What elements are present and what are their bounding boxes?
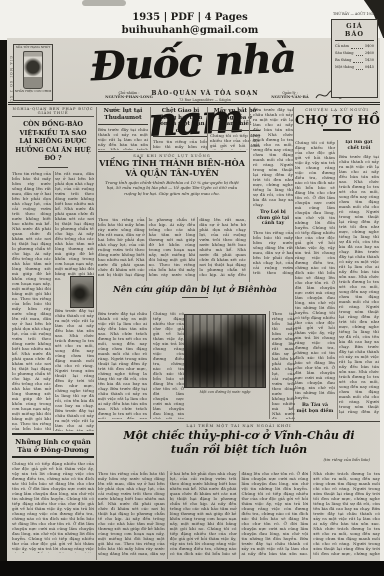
divider — [323, 129, 351, 131]
article-headline: CHỢ TƠ HỒNG — [295, 113, 379, 127]
article-body: Theo tin riêng của bổn báo thì mấy hôm r… — [98, 471, 380, 559]
price-row: Một tháng 0$45 — [335, 64, 374, 71]
article-body: Theo tin riêng của bổn báo thì mấy hôm r… — [98, 217, 246, 281]
price-value: 2$60 — [365, 50, 374, 57]
scan-smudge — [82, 0, 126, 6]
article-headline: Nên cứu giúp dân bị lụt ở Biênhòa — [110, 285, 280, 295]
price-box-title: GIÁ BÁO — [335, 22, 374, 41]
ad-bottom-label: NHÃN HIỆU CON CHIM — [14, 90, 52, 94]
article-byline: (tin riêng của bổn báo) — [98, 456, 380, 462]
article-cho-to-hong: CHUYỆN LẠ XỨ NGƯỜI CHỢ TƠ HỒNG — [295, 108, 379, 131]
scan-edge-right — [380, 38, 384, 561]
article-headline: Nước lụt tại Thudaumot — [98, 107, 148, 125]
divider — [182, 297, 208, 298]
body-text: Bữa trước đây tại châu thành có xảy ra m… — [253, 107, 293, 207]
article-kicker: NGHĨA-QUÂN BÊN PHÁP ĐƯỢC GIẢM THUẾ — [12, 107, 94, 117]
article-headline: Một chiếc thủy-phi-cơ ở Vĩnh-Châu đi tuầ… — [114, 429, 364, 456]
article-headline: CÒN ĐỒNG-BÀO VIỆT-KIỀU TA SAO LẠI KHÔNG … — [12, 119, 94, 165]
sub-headline: Trợ Lợi bị chưn giò tại cánh tay — [254, 210, 292, 227]
price-row: Ba tháng 1$30 — [335, 57, 374, 64]
article-kicker: CHUYỆN LẠ XỨ NGƯỜI — [295, 108, 379, 112]
watermark-line1: 1935 | PDF | 4 Pages — [90, 12, 290, 24]
price-label: Một tháng — [335, 64, 354, 71]
article-headline: VIẾNG TỈNH THÀNH BIÊN-HÒA VÀ QUẬN TÂN-UY… — [98, 159, 246, 178]
photo-caption: Một con đường bị nước ngập — [184, 390, 266, 394]
article-viet-kieu: NGHĨA-QUÂN BÊN PHÁP ĐƯỢC GIẢM THUẾ CÒN Đ… — [12, 107, 94, 431]
price-label: Sáu tháng — [335, 50, 354, 57]
article-nuoc-lut: Nước lụt tại Thudaumot Bữa trước đây tại… — [98, 107, 148, 150]
article-chet-giao: Chệt Giao bị thắng hai trận đòn và một t… — [150, 107, 208, 150]
dot-leader — [356, 69, 363, 70]
scan-edge-bottom — [0, 561, 384, 576]
milk-ad-box: SỮA TỐT HẠNG NHỨT NHÃN HIỆU CON CHIM — [13, 44, 53, 101]
inline-photo — [70, 276, 94, 308]
article-body: Bữa trước đây tại châu thành có xảy ra m… — [98, 311, 147, 419]
body-text: Chúng tôi có tiếp đặng nhiều thơ của chư… — [295, 140, 335, 400]
director-name: NGUYỄN-PHAN-LONG — [105, 94, 153, 99]
article-body: Chúng tôi có tiếp đặng nhiều thơ của chư… — [12, 461, 94, 553]
article-body: Theo tin riêng của bổn báo thì mấy hôm r… — [269, 311, 295, 419]
milk-can-icon — [23, 51, 43, 89]
article-linh-co: Những lính cơ quân Tàu ở Đông-Dương Chún… — [12, 433, 94, 560]
office-label: BÁO-QUÁN VÀ TÒA SOẠN — [150, 90, 260, 97]
scan-edge-left — [0, 40, 7, 576]
price-label: Cả năm — [335, 43, 349, 50]
article-thuy-phi-co: LẠI THÊM MỘT TAI NẠN NGOÀI KHƠI Một chiế… — [98, 424, 380, 462]
price-row: Cả năm 5$00 — [335, 43, 374, 50]
article-body: Theo tin riêng của bổn báo thì mấy hôm r… — [153, 139, 208, 150]
price-row: Sáu tháng 2$60 — [335, 50, 374, 57]
flood-photo — [184, 314, 266, 388]
article-deck: Trong tỉnh quận chỉnh-thành Biênhòa có 1… — [98, 178, 246, 196]
manager-name: NGUYỄN-VĂN-BÁ — [271, 94, 309, 99]
article-headline: Những lính cơ quân Tàu ở Đông-Dương — [12, 433, 94, 458]
manager-block: Quản-lý : NGUYỄN-VĂN-BÁ — [266, 91, 314, 100]
newspaper-scan-page: 1935 | PDF | 4 Pages buihuuhanh@gmail.co… — [0, 0, 384, 576]
article-body: Chúng tôi có tiếp đặng nhiều thơ của chư… — [150, 311, 184, 419]
masthead-divider — [8, 102, 380, 105]
ad-top-label: SỮA TỐT HẠNG NHỨT — [14, 46, 52, 50]
article-kicker: LẠI THÊM MỘT TAI NẠN NGOÀI KHƠI — [98, 424, 380, 428]
article-body: Chúng tôi có tiếp đặng nhiều thơ của chư… — [295, 140, 379, 419]
article-body: Theo tin riêng của bổn báo thì mấy hôm r… — [12, 171, 94, 431]
issue-date: THỨ BẢY — AOÛT 1935 — [330, 12, 378, 16]
price-value: 1$30 — [365, 57, 374, 64]
dot-leader — [356, 55, 363, 56]
divider — [98, 151, 246, 152]
price-value: 5$00 — [365, 43, 374, 50]
price-label: Ba tháng — [335, 57, 351, 64]
column-rule — [96, 107, 97, 560]
column-body: Bữa trước đây tại châu thành có xảy ra m… — [253, 107, 293, 276]
body-text: Theo tin riêng của bổn báo thì mấy hôm r… — [253, 230, 293, 276]
price-box: GIÁ BÁO Cả năm 5$00 Sáu tháng 2$60 Ba th… — [331, 19, 378, 98]
price-value: 0$45 — [365, 64, 374, 71]
dot-leader — [351, 48, 363, 49]
news-column: Bữa trước đây tại châu thành có xảy ra m… — [249, 107, 293, 282]
divider — [38, 167, 68, 168]
article-headline: Chệt Giao bị thắng hai trận đòn và một t… — [153, 107, 208, 137]
divider — [98, 421, 380, 422]
article-vieng-bienhoa: SAU KHI NƯỚC LỤT XUỐNG VIẾNG TỈNH THÀNH … — [98, 154, 246, 196]
body-text: Bữa trước đây tại châu thành có xảy ra m… — [339, 140, 379, 414]
article-cuu-giup: Nên cứu giúp dân bị lụt ở Biênhòa — [110, 285, 280, 298]
dot-leader — [353, 62, 362, 63]
article-body: Bữa trước đây tại châu thành có xảy ra m… — [98, 127, 148, 150]
